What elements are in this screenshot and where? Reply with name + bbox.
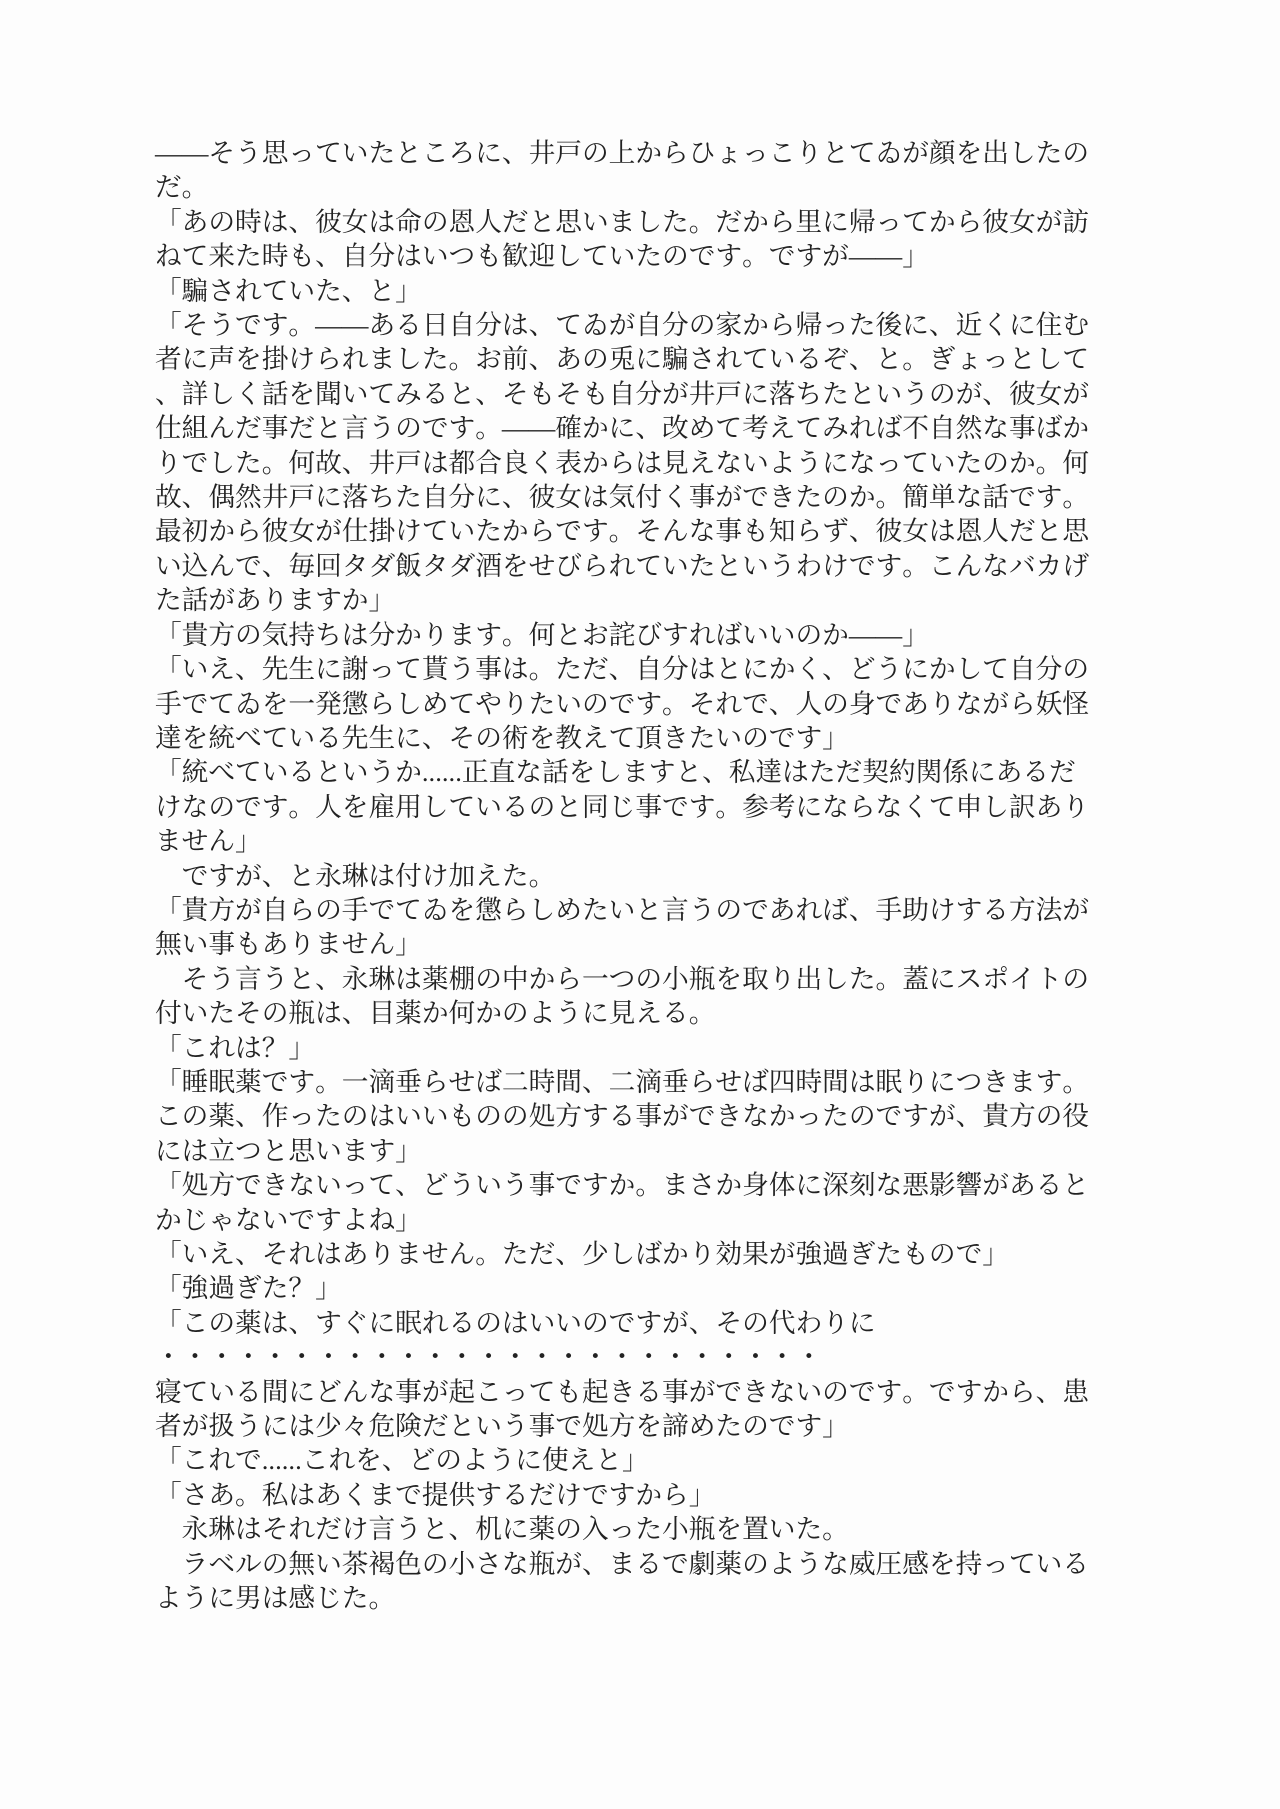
text-line: 「この薬は、すぐに眠れるのはいいのですが、その代わりに (155, 1306, 1115, 1340)
text-line: 「これは？」 (155, 1031, 1115, 1065)
text-line: そう言うと、永琳は薬棚の中から一つの小瓶を取り出した。蓋にスポイトの (155, 962, 1115, 996)
text-line: 手でてゐを一発懲らしめてやりたいのです。それで、人の身でありながら妖怪 (155, 687, 1115, 721)
text-line: かじゃないですよね」 (155, 1203, 1115, 1237)
text-line: 「睡眠薬です。一滴垂らせば二時間、二滴垂らせば四時間は眠りにつきます。 (155, 1065, 1115, 1099)
text-line: 、詳しく話を聞いてみると、そもそも自分が井戸に落ちたというのが、彼女が (155, 377, 1115, 411)
text-line: ラベルの無い茶褐色の小さな瓶が、まるで劇薬のような威圧感を持っている (155, 1547, 1115, 1581)
text-line: ように男は感じた。 (155, 1581, 1115, 1615)
text-line: ——そう思っていたところに、井戸の上からひょっこりとてゐが顔を出したの (155, 136, 1115, 170)
text-line: 「処方できないって、どういう事ですか。まさか身体に深刻な悪影響があると (155, 1168, 1115, 1202)
text-line: 達を統べている先生に、その術を教えて頂きたいのです」 (155, 721, 1115, 755)
text-line: 故、偶然井戸に落ちた自分に、彼女は気付く事ができたのか。簡単な話です。 (155, 480, 1115, 514)
text-line: 「貴方が自らの手でてゐを懲らしめたいと言うのであれば、手助けする方法が (155, 893, 1115, 927)
text-line: 無い事もありません」 (155, 927, 1115, 961)
text-line: 最初から彼女が仕掛けていたからです。そんな事も知らず、彼女は恩人だと思 (155, 514, 1115, 548)
text-line: 付いたその瓶は、目薬か何かのように見える。 (155, 996, 1115, 1030)
text-line: 「いえ、先生に謝って貰う事は。ただ、自分はとにかく、どうにかして自分の (155, 652, 1115, 686)
text-line: 仕組んだ事だと言うのです。——確かに、改めて考えてみれば不自然な事ばか (155, 411, 1115, 445)
text-line: ません」 (155, 824, 1115, 858)
text-line: 「強過ぎた？」 (155, 1271, 1115, 1305)
text-line: この薬、作ったのはいいものの処方する事ができなかったのですが、貴方の役 (155, 1099, 1115, 1133)
text-line: ですが、と永琳は付け加えた。 (155, 859, 1115, 893)
text-line: た話がありますか」 (155, 583, 1115, 617)
text-line: けなのです。人を雇用しているのと同じ事です。参考にならなくて申し訳あり (155, 790, 1115, 824)
text-line: りでした。何故、井戸は都合良く表からは見えないようになっていたのか。何 (155, 446, 1115, 480)
text-line: 「これで......これを、どのように使えと」 (155, 1443, 1115, 1477)
text-line: 者が扱うには少々危険だという事で処方を諦めたのです」 (155, 1409, 1115, 1443)
text-line: 「そうです。——ある日自分は、てゐが自分の家から帰った後に、近くに住む (155, 308, 1115, 342)
text-line: 寝ている間にどんな事が起こっても起きる事ができないのです。ですから、患 (155, 1375, 1115, 1409)
novel-text-block: ——そう思っていたところに、井戸の上からひょっこりとてゐが顔を出したの だ。 「… (155, 136, 1115, 1615)
text-line: 「いえ、それはありません。ただ、少しばかり効果が強過ぎたもので」 (155, 1237, 1115, 1271)
novel-page: ——そう思っていたところに、井戸の上からひょっこりとてゐが顔を出したの だ。 「… (0, 0, 1280, 1809)
text-line: い込んで、毎回タダ飯タダ酒をせびられていたというわけです。こんなバカげ (155, 549, 1115, 583)
text-line: 「貴方の気持ちは分かります。何とお詫びすればいいのか——」 (155, 618, 1115, 652)
text-line: 「統べているというか......正直な話をしますと、私達はただ契約関係にあるだ (155, 755, 1115, 789)
text-line: 「あの時は、彼女は命の恩人だと思いました。だから里に帰ってから彼女が訪 (155, 205, 1115, 239)
text-line: には立つと思います」 (155, 1134, 1115, 1168)
text-line: 永琳はそれだけ言うと、机に薬の入った小瓶を置いた。 (155, 1512, 1115, 1546)
text-line: ねて来た時も、自分はいつも歓迎していたのです。ですが——」 (155, 239, 1115, 273)
text-line: 「騙されていた、と」 (155, 274, 1115, 308)
text-line: 「さあ。私はあくまで提供するだけですから」 (155, 1478, 1115, 1512)
text-line: だ。 (155, 170, 1115, 204)
emphasis-dots-line: ・・・・・・・・・・・・・・・・・・・・・・・・・ (155, 1340, 1115, 1374)
text-line: 者に声を掛けられました。お前、あの兎に騙されているぞ、と。ぎょっとして (155, 342, 1115, 376)
